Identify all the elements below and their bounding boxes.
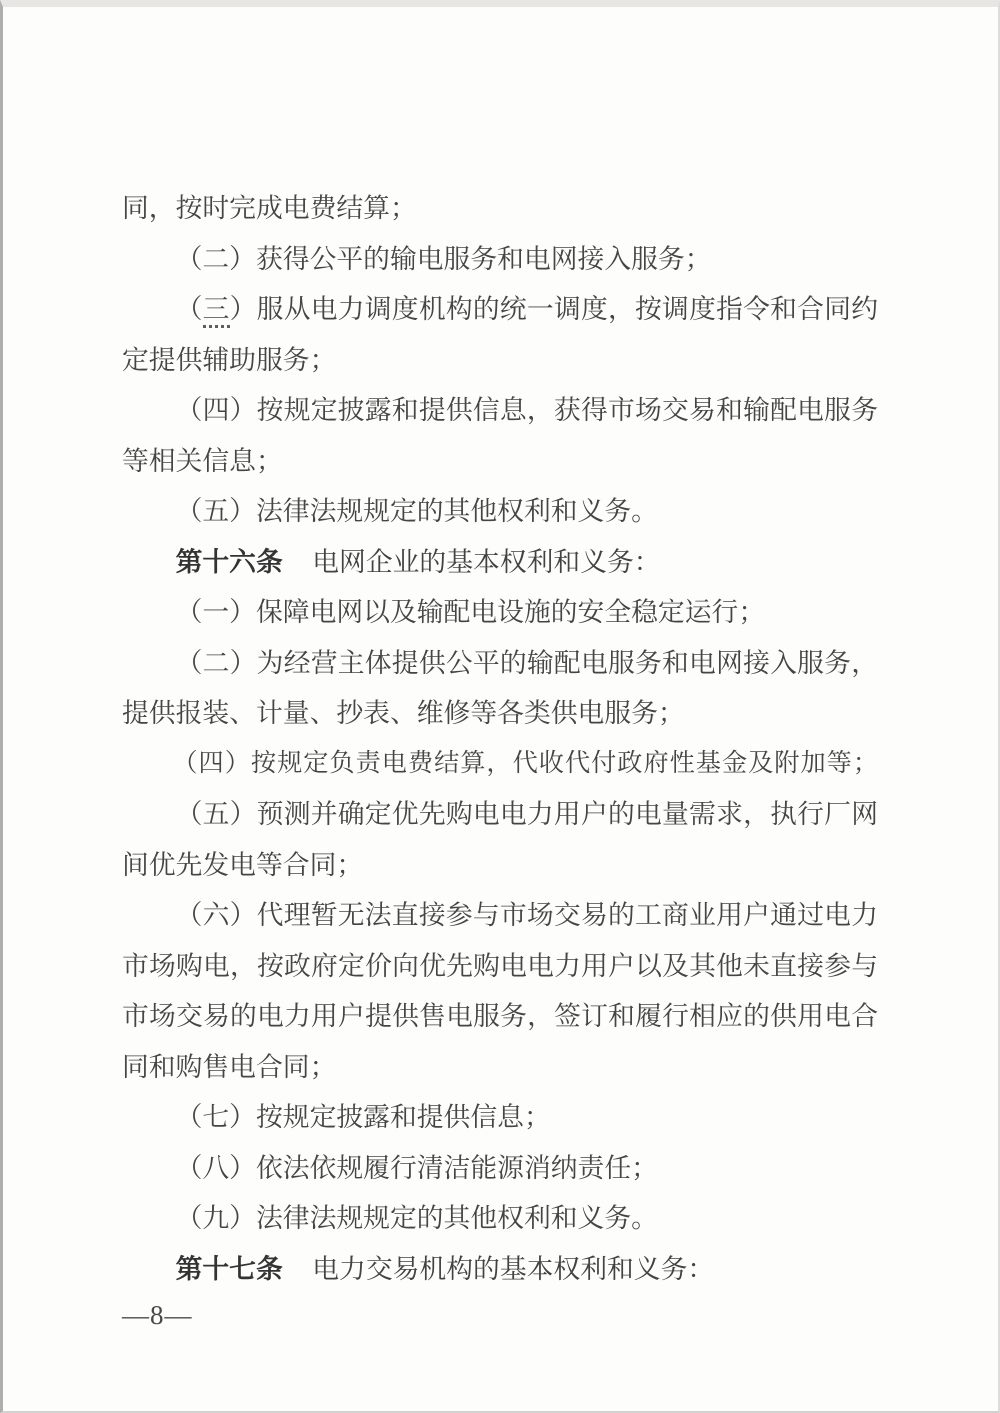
article-number: 第十六条 bbox=[176, 547, 283, 577]
doc-line: 市场交易的电力用户提供售电服务，签订和履行相应的供用电合 bbox=[122, 991, 878, 1042]
doc-line: 提供报装、计量、抄表、维修等各类供电服务； bbox=[122, 688, 878, 739]
doc-line-item: （二）为经营主体提供公平的输配电服务和电网接入服务， bbox=[122, 638, 878, 689]
doc-line: 等相关信息； bbox=[122, 436, 878, 487]
doc-line: 同和购售电合同； bbox=[122, 1042, 878, 1093]
doc-line-item: （二）获得公平的输电服务和电网接入服务； bbox=[122, 234, 878, 285]
doc-line: 定提供辅助服务； bbox=[122, 335, 878, 386]
article-number: 第十七条 bbox=[176, 1254, 283, 1284]
doc-line-item: （五）法律法规规定的其他权利和义务。 bbox=[122, 486, 878, 537]
doc-line-item: （六）代理暂无法直接参与市场交易的工商业用户通过电力 bbox=[122, 890, 878, 941]
document-text-block: 同，按时完成电费结算； （二）获得公平的输电服务和电网接入服务； （三）服从电力… bbox=[122, 183, 878, 1294]
doc-line: 同，按时完成电费结算； bbox=[122, 183, 878, 234]
doc-line-item: （七）按规定披露和提供信息； bbox=[122, 1092, 878, 1143]
doc-line-item: （四）按规定披露和提供信息，获得市场交易和输配电服务 bbox=[122, 385, 878, 436]
doc-line-item: （五）预测并确定优先购电电力用户的电量需求，执行厂网 bbox=[122, 789, 878, 840]
doc-line-item: （三）服从电力调度机构的统一调度，按调度指令和合同约 bbox=[122, 284, 878, 335]
scanned-document-page: 同，按时完成电费结算； （二）获得公平的输电服务和电网接入服务； （三）服从电力… bbox=[0, 0, 1000, 1413]
clause-paren-open: （ bbox=[176, 294, 203, 324]
page-number: —8— bbox=[122, 1297, 193, 1333]
doc-line: 间优先发电等合同； bbox=[122, 840, 878, 891]
clause-text: ）服从电力调度机构的统一调度，按调度指令和合同约 bbox=[230, 294, 878, 324]
doc-line: 市场购电，按政府定价向优先购电电力用户以及其他未直接参与 bbox=[122, 941, 878, 992]
doc-line-item: （一）保障电网以及输配电设施的安全稳定运行； bbox=[122, 587, 878, 638]
doc-line-item: （四）按规定负责电费结算，代收代付政府性基金及附加等； bbox=[122, 739, 878, 790]
article-title: 电网企业的基本权利和义务： bbox=[312, 547, 660, 577]
article-heading: 第十六条电网企业的基本权利和义务： bbox=[122, 537, 878, 588]
doc-line-item: （八）依法依规履行清洁能源消纳责任； bbox=[122, 1143, 878, 1194]
article-heading: 第十七条电力交易机构的基本权利和义务： bbox=[122, 1244, 878, 1295]
dotted-emphasis-char: 三 bbox=[203, 294, 230, 328]
doc-line-item: （九）法律法规规定的其他权利和义务。 bbox=[122, 1193, 878, 1244]
article-title: 电力交易机构的基本权利和义务： bbox=[312, 1254, 714, 1284]
